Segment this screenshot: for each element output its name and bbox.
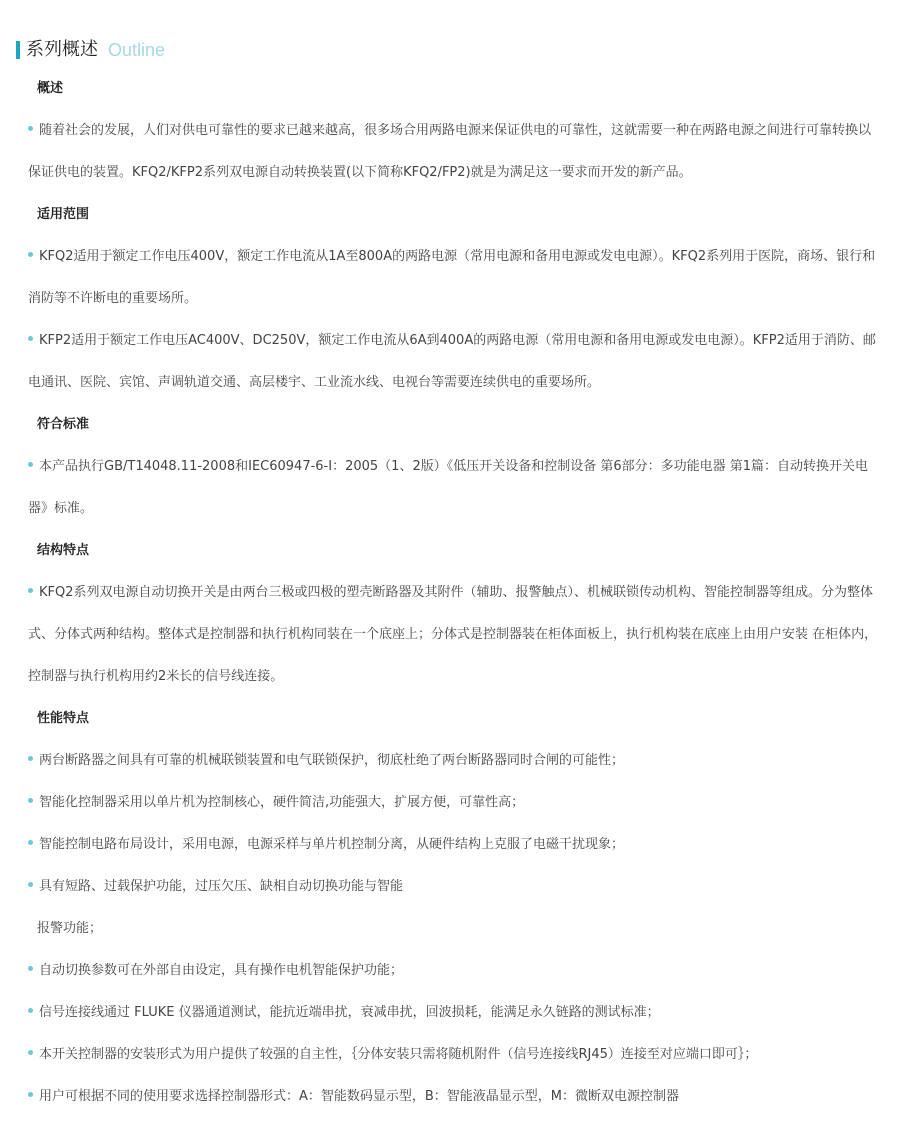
list-item: 自动切换参数可在外部自由设定，具有操作电机智能保护功能； xyxy=(28,950,878,992)
heading-performance: 性能特点 xyxy=(37,710,89,728)
list-item: 智能控制电路布局设计，采用电源，电源采样与单片机控制分离，从硬件结构上克服了电磁… xyxy=(28,824,878,866)
list-item-continuation: 报警功能； xyxy=(28,908,887,950)
bullet-icon xyxy=(28,840,33,845)
bullet-icon xyxy=(28,462,33,467)
list-item: 信号连接线通过 FLUKE 仪器通道测试，能抗近端串扰，衰减串扰，回波损耗，能满… xyxy=(28,992,878,1034)
bullet-icon xyxy=(28,882,33,887)
paragraph: 随着社会的发展，人们对供电可靠性的要求已越来越高，很多场合用两路电源来保证供电的… xyxy=(28,110,878,194)
bullet-icon xyxy=(28,798,33,803)
list-item: 本开关控制器的安装形式为用户提供了较强的自主性，｛分体安装只需将随机附件（信号连… xyxy=(28,1034,878,1076)
bullet-icon xyxy=(28,756,33,761)
bullet-icon xyxy=(28,126,33,131)
heading-overview: 概述 xyxy=(37,80,63,98)
list-item: 具有短路、过载保护功能，过压欠压、缺相自动切换功能与智能 xyxy=(28,866,878,908)
list-item: 智能化控制器采用以单片机为控制核心，硬件简洁,功能强大，扩展方便，可靠性高； xyxy=(28,782,878,824)
header-accent-bar xyxy=(16,41,20,59)
bullet-icon xyxy=(28,1050,33,1055)
heading-structure: 结构特点 xyxy=(37,542,89,560)
section-header: 系列概述 Outline xyxy=(16,38,165,62)
heading-scope: 适用范围 xyxy=(37,206,89,224)
page-title: 系列概述 xyxy=(26,38,98,62)
heading-standards: 符合标准 xyxy=(37,416,89,434)
bullet-icon xyxy=(28,966,33,971)
paragraph: 本产品执行GB/T14048.11-2008和IEC60947-6-I：2005… xyxy=(28,446,878,530)
bullet-icon xyxy=(28,1092,33,1097)
paragraph: KFQ2系列双电源自动切换开关是由两台三极或四极的塑壳断路器及其附件（辅助、报警… xyxy=(28,572,878,698)
paragraph: KFQ2适用于额定工作电压400V，额定工作电流从1A至800A的两路电源（常用… xyxy=(28,236,878,320)
list-item: 用户可根据不同的使用要求选择控制器形式：A：智能数码显示型，B：智能液晶显示型，… xyxy=(28,1076,878,1118)
page-subtitle: Outline xyxy=(108,38,165,62)
bullet-icon xyxy=(28,1008,33,1013)
bullet-icon xyxy=(28,336,33,341)
bullet-icon xyxy=(28,588,33,593)
list-item: 两台断路器之间具有可靠的机械联锁装置和电气联锁保护，彻底杜绝了两台断路器同时合闸… xyxy=(28,740,878,782)
bullet-icon xyxy=(28,252,33,257)
paragraph: KFP2适用于额定工作电压AC400V、DC250V，额定工作电流从6A到400… xyxy=(28,320,878,404)
